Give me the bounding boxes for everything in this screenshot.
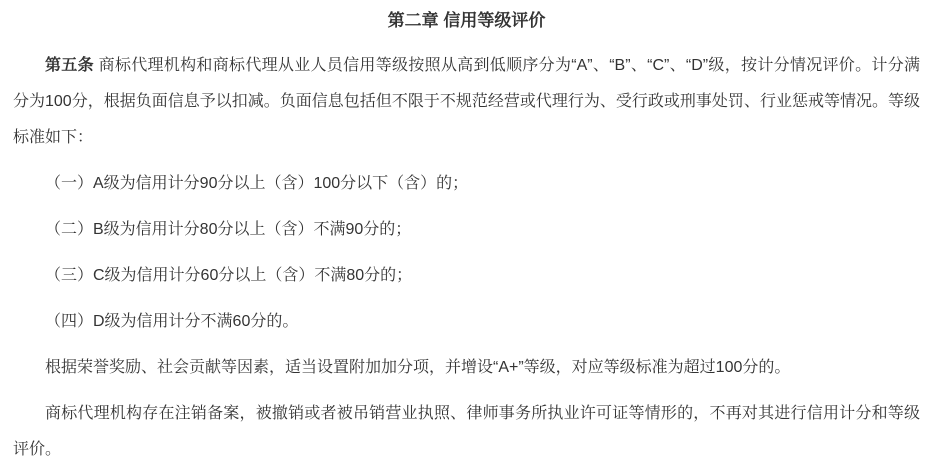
bonus-paragraph: 根据荣誉奖励、社会贡献等因素，适当设置附加加分项，并增设“A+”等级，对应等级标… bbox=[13, 350, 920, 386]
article-number-label: 第五条 bbox=[45, 57, 94, 74]
grade-item-d: （四）D级为信用计分不满60分的。 bbox=[13, 304, 920, 340]
grade-item-c: （三）C级为信用计分60分以上（含）不满80分的； bbox=[13, 258, 920, 294]
document-page: 第二章 信用等级评价 第五条 商标代理机构和商标代理从业人员信用等级按照从高到低… bbox=[0, 0, 932, 472]
grade-item-b: （二）B级为信用计分80分以上（含）不满90分的； bbox=[13, 212, 920, 248]
article-paragraph: 第五条 商标代理机构和商标代理从业人员信用等级按照从高到低顺序分为“A”、“B”… bbox=[13, 48, 920, 156]
grade-item-a: （一）A级为信用计分90分以上（含）100分以下（含）的； bbox=[13, 166, 920, 202]
chapter-title: 第二章 信用等级评价 bbox=[13, 8, 920, 34]
grade-criteria-list: （一）A级为信用计分90分以上（含）100分以下（含）的； （二）B级为信用计分… bbox=[13, 166, 920, 340]
exclusion-paragraph: 商标代理机构存在注销备案，被撤销或者被吊销营业执照、律师事务所执业许可证等情形的… bbox=[13, 396, 920, 468]
article-text: 商标代理机构和商标代理从业人员信用等级按照从高到低顺序分为“A”、“B”、“C”… bbox=[13, 57, 920, 146]
